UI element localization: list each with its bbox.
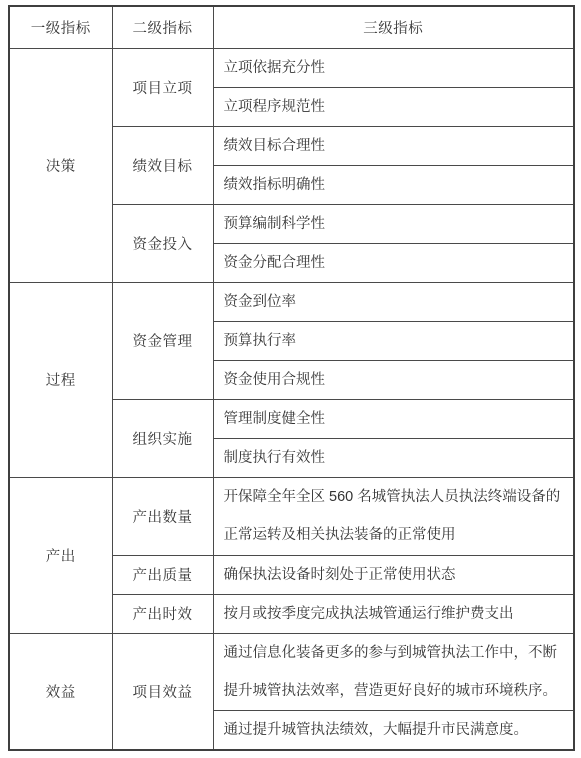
level2-cell: 组织实施	[112, 399, 213, 477]
level3-cell: 确保执法设备时刻处于正常使用状态	[213, 555, 574, 594]
level3-cell: 资金分配合理性	[213, 243, 574, 282]
level3-cell: 预算编制科学性	[213, 204, 574, 243]
table-row: 决策 项目立项 立项依据充分性	[9, 48, 574, 87]
level1-cell: 效益	[9, 633, 112, 750]
level3-cell: 立项依据充分性	[213, 48, 574, 87]
level3-cell: 管理制度健全性	[213, 399, 574, 438]
level3-cell: 资金使用合规性	[213, 360, 574, 399]
level1-cell: 决策	[9, 48, 112, 282]
level3-cell: 通过提升城管执法绩效，大幅提升市民满意度。	[213, 710, 574, 750]
table-row: 产出 产出数量 开保障全年全区 560 名城管执法人员执法终端设备的正常运转及相…	[9, 477, 574, 555]
level3-cell: 按月或按季度完成执法城管通运行维护费支出	[213, 594, 574, 633]
level3-cell: 立项程序规范性	[213, 87, 574, 126]
level3-cell: 预算执行率	[213, 321, 574, 360]
level2-cell: 资金投入	[112, 204, 213, 282]
level3-cell: 开保障全年全区 560 名城管执法人员执法终端设备的正常运转及相关执法装备的正常…	[213, 477, 574, 555]
level2-cell: 资金管理	[112, 282, 213, 399]
level2-cell: 绩效目标	[112, 126, 213, 204]
header-level1: 一级指标	[9, 6, 112, 48]
level2-cell: 产出数量	[112, 477, 213, 555]
level2-cell: 项目立项	[112, 48, 213, 126]
level2-cell: 项目效益	[112, 633, 213, 750]
document-page: 一级指标 二级指标 三级指标 决策 项目立项 立项依据充分性 立项程序规范性 绩…	[0, 0, 581, 758]
table-row: 过程 资金管理 资金到位率	[9, 282, 574, 321]
level3-cell: 绩效目标合理性	[213, 126, 574, 165]
table-row: 效益 项目效益 通过信息化装备更多的参与到城管执法工作中，不断提升城管执法效率，…	[9, 633, 574, 710]
level3-cell: 通过信息化装备更多的参与到城管执法工作中，不断提升城管执法效率，营造更好良好的城…	[213, 633, 574, 710]
level3-cell: 制度执行有效性	[213, 438, 574, 477]
indicator-table: 一级指标 二级指标 三级指标 决策 项目立项 立项依据充分性 立项程序规范性 绩…	[8, 5, 575, 751]
level3-cell: 绩效指标明确性	[213, 165, 574, 204]
level2-cell: 产出时效	[112, 594, 213, 633]
header-row: 一级指标 二级指标 三级指标	[9, 6, 574, 48]
header-level3: 三级指标	[213, 6, 574, 48]
level1-cell: 产出	[9, 477, 112, 633]
level1-cell: 过程	[9, 282, 112, 477]
level3-cell: 资金到位率	[213, 282, 574, 321]
header-level2: 二级指标	[112, 6, 213, 48]
level2-cell: 产出质量	[112, 555, 213, 594]
